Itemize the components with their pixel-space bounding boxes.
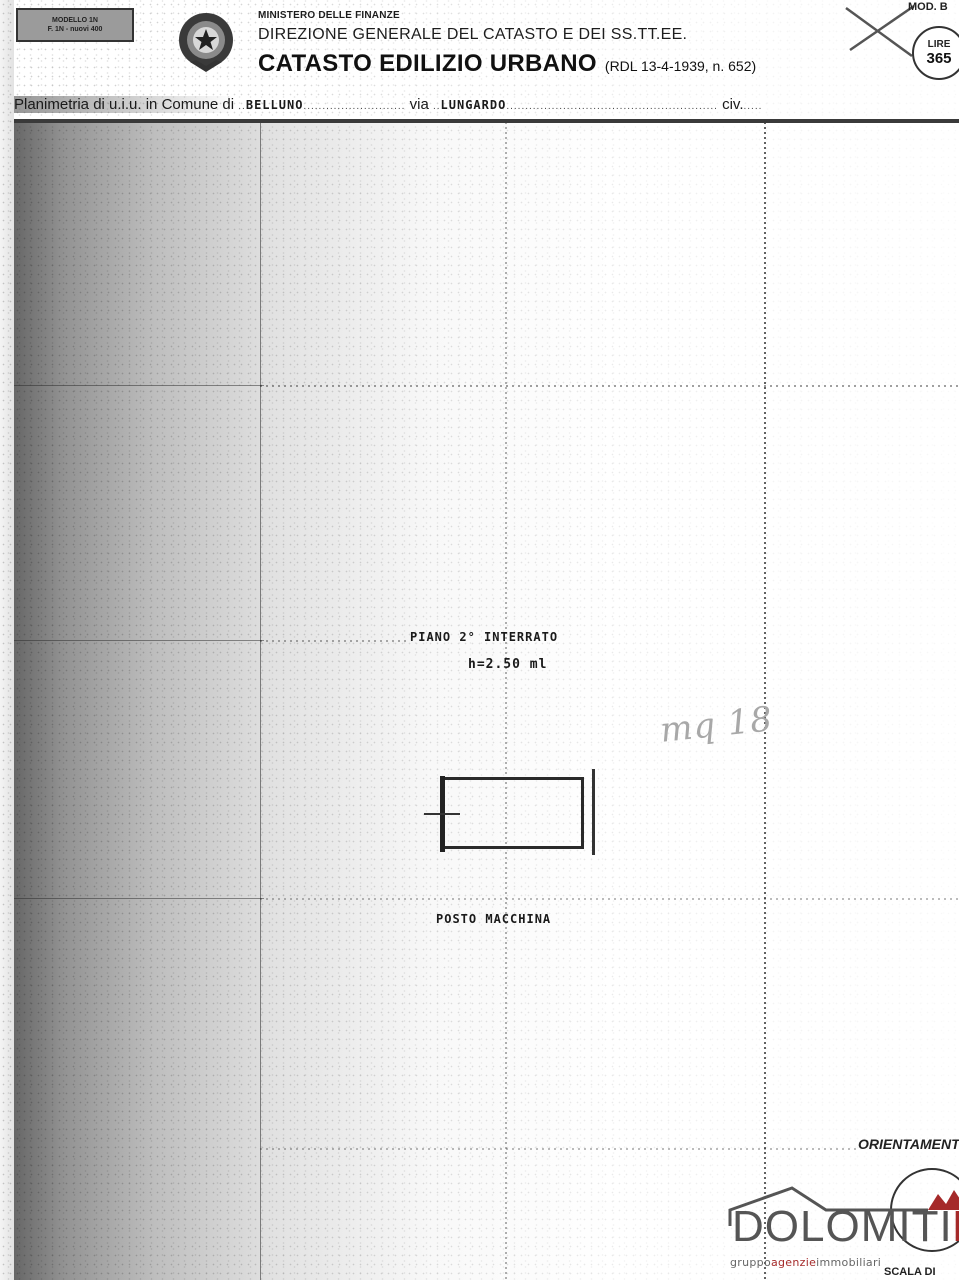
location-line: Planimetria di u.i.u. in Comune di ..BEL… bbox=[14, 96, 959, 118]
comune-value: BELLUNO bbox=[246, 98, 304, 112]
via-label: via bbox=[410, 96, 429, 113]
grid-line-horizontal bbox=[260, 1148, 860, 1150]
form-model-label: MOD. B bbox=[908, 1, 948, 13]
tagline-accent: agenzie bbox=[771, 1256, 816, 1269]
height-label: h=2.50 ml bbox=[468, 657, 547, 672]
grid-line-horizontal bbox=[14, 385, 264, 386]
cadastral-floor-plan-page: MODELLO 1N F. 1N - nuovi 400 MINISTERO D… bbox=[0, 0, 959, 1280]
plan-label: Planimetria di u.i.u. in Comune di bbox=[14, 96, 234, 113]
brand-main: DOLOMITI bbox=[732, 1202, 953, 1251]
directorate-name: DIREZIONE GENERALE DEL CATASTO E DEI SS.… bbox=[258, 26, 687, 44]
grid-line-horizontal bbox=[260, 640, 410, 642]
italian-republic-emblem-icon bbox=[176, 10, 236, 76]
brand-logo-text: DOLOMITIRE bbox=[732, 1202, 959, 1252]
brand-accent: RE bbox=[953, 1202, 959, 1251]
grid-line-vertical bbox=[260, 122, 261, 1280]
stamp-currency: LIRE bbox=[928, 39, 951, 50]
model-box: MODELLO 1N F. 1N - nuovi 400 bbox=[16, 8, 134, 42]
parking-space-wall-right bbox=[592, 769, 595, 855]
orientation-label: ORIENTAMENTO bbox=[858, 1136, 959, 1152]
tagline-pre: gruppo bbox=[730, 1256, 771, 1269]
room-label: POSTO MACCHINA bbox=[436, 912, 551, 926]
grid-line-horizontal bbox=[260, 385, 959, 387]
via-value: LUNGARDO bbox=[441, 98, 507, 112]
revenue-stamp: LIRE 365 bbox=[912, 26, 959, 80]
model-box-line2: F. 1N - nuovi 400 bbox=[48, 25, 103, 34]
model-box-line1: MODELLO 1N bbox=[52, 16, 98, 25]
entrance-marker bbox=[424, 813, 460, 815]
header-divider bbox=[14, 119, 959, 123]
grid-line-vertical bbox=[505, 122, 507, 1280]
stamp-value: 365 bbox=[926, 50, 951, 67]
grid-line-horizontal bbox=[14, 898, 264, 899]
document-title: CATASTO EDILIZIO URBANO(RDL 13-4-1939, n… bbox=[258, 50, 756, 78]
document-title-text: CATASTO EDILIZIO URBANO bbox=[258, 50, 597, 77]
document-title-law: (RDL 13-4-1939, n. 652) bbox=[605, 58, 756, 74]
civ-label: civ. bbox=[722, 96, 743, 113]
tagline-post: immobiliari bbox=[816, 1256, 881, 1269]
grid-line-horizontal bbox=[14, 640, 264, 641]
grid-line-horizontal bbox=[260, 898, 959, 900]
parking-space-outline bbox=[442, 777, 584, 849]
floor-label: PIANO 2° INTERRATO bbox=[410, 630, 558, 644]
ministry-name: MINISTERO DELLE FINANZE bbox=[258, 10, 400, 21]
brand-tagline: gruppoagenzieimmobiliari bbox=[730, 1256, 881, 1269]
agency-watermark: DOLOMITIRE gruppoagenzieimmobiliari bbox=[728, 1186, 959, 1280]
